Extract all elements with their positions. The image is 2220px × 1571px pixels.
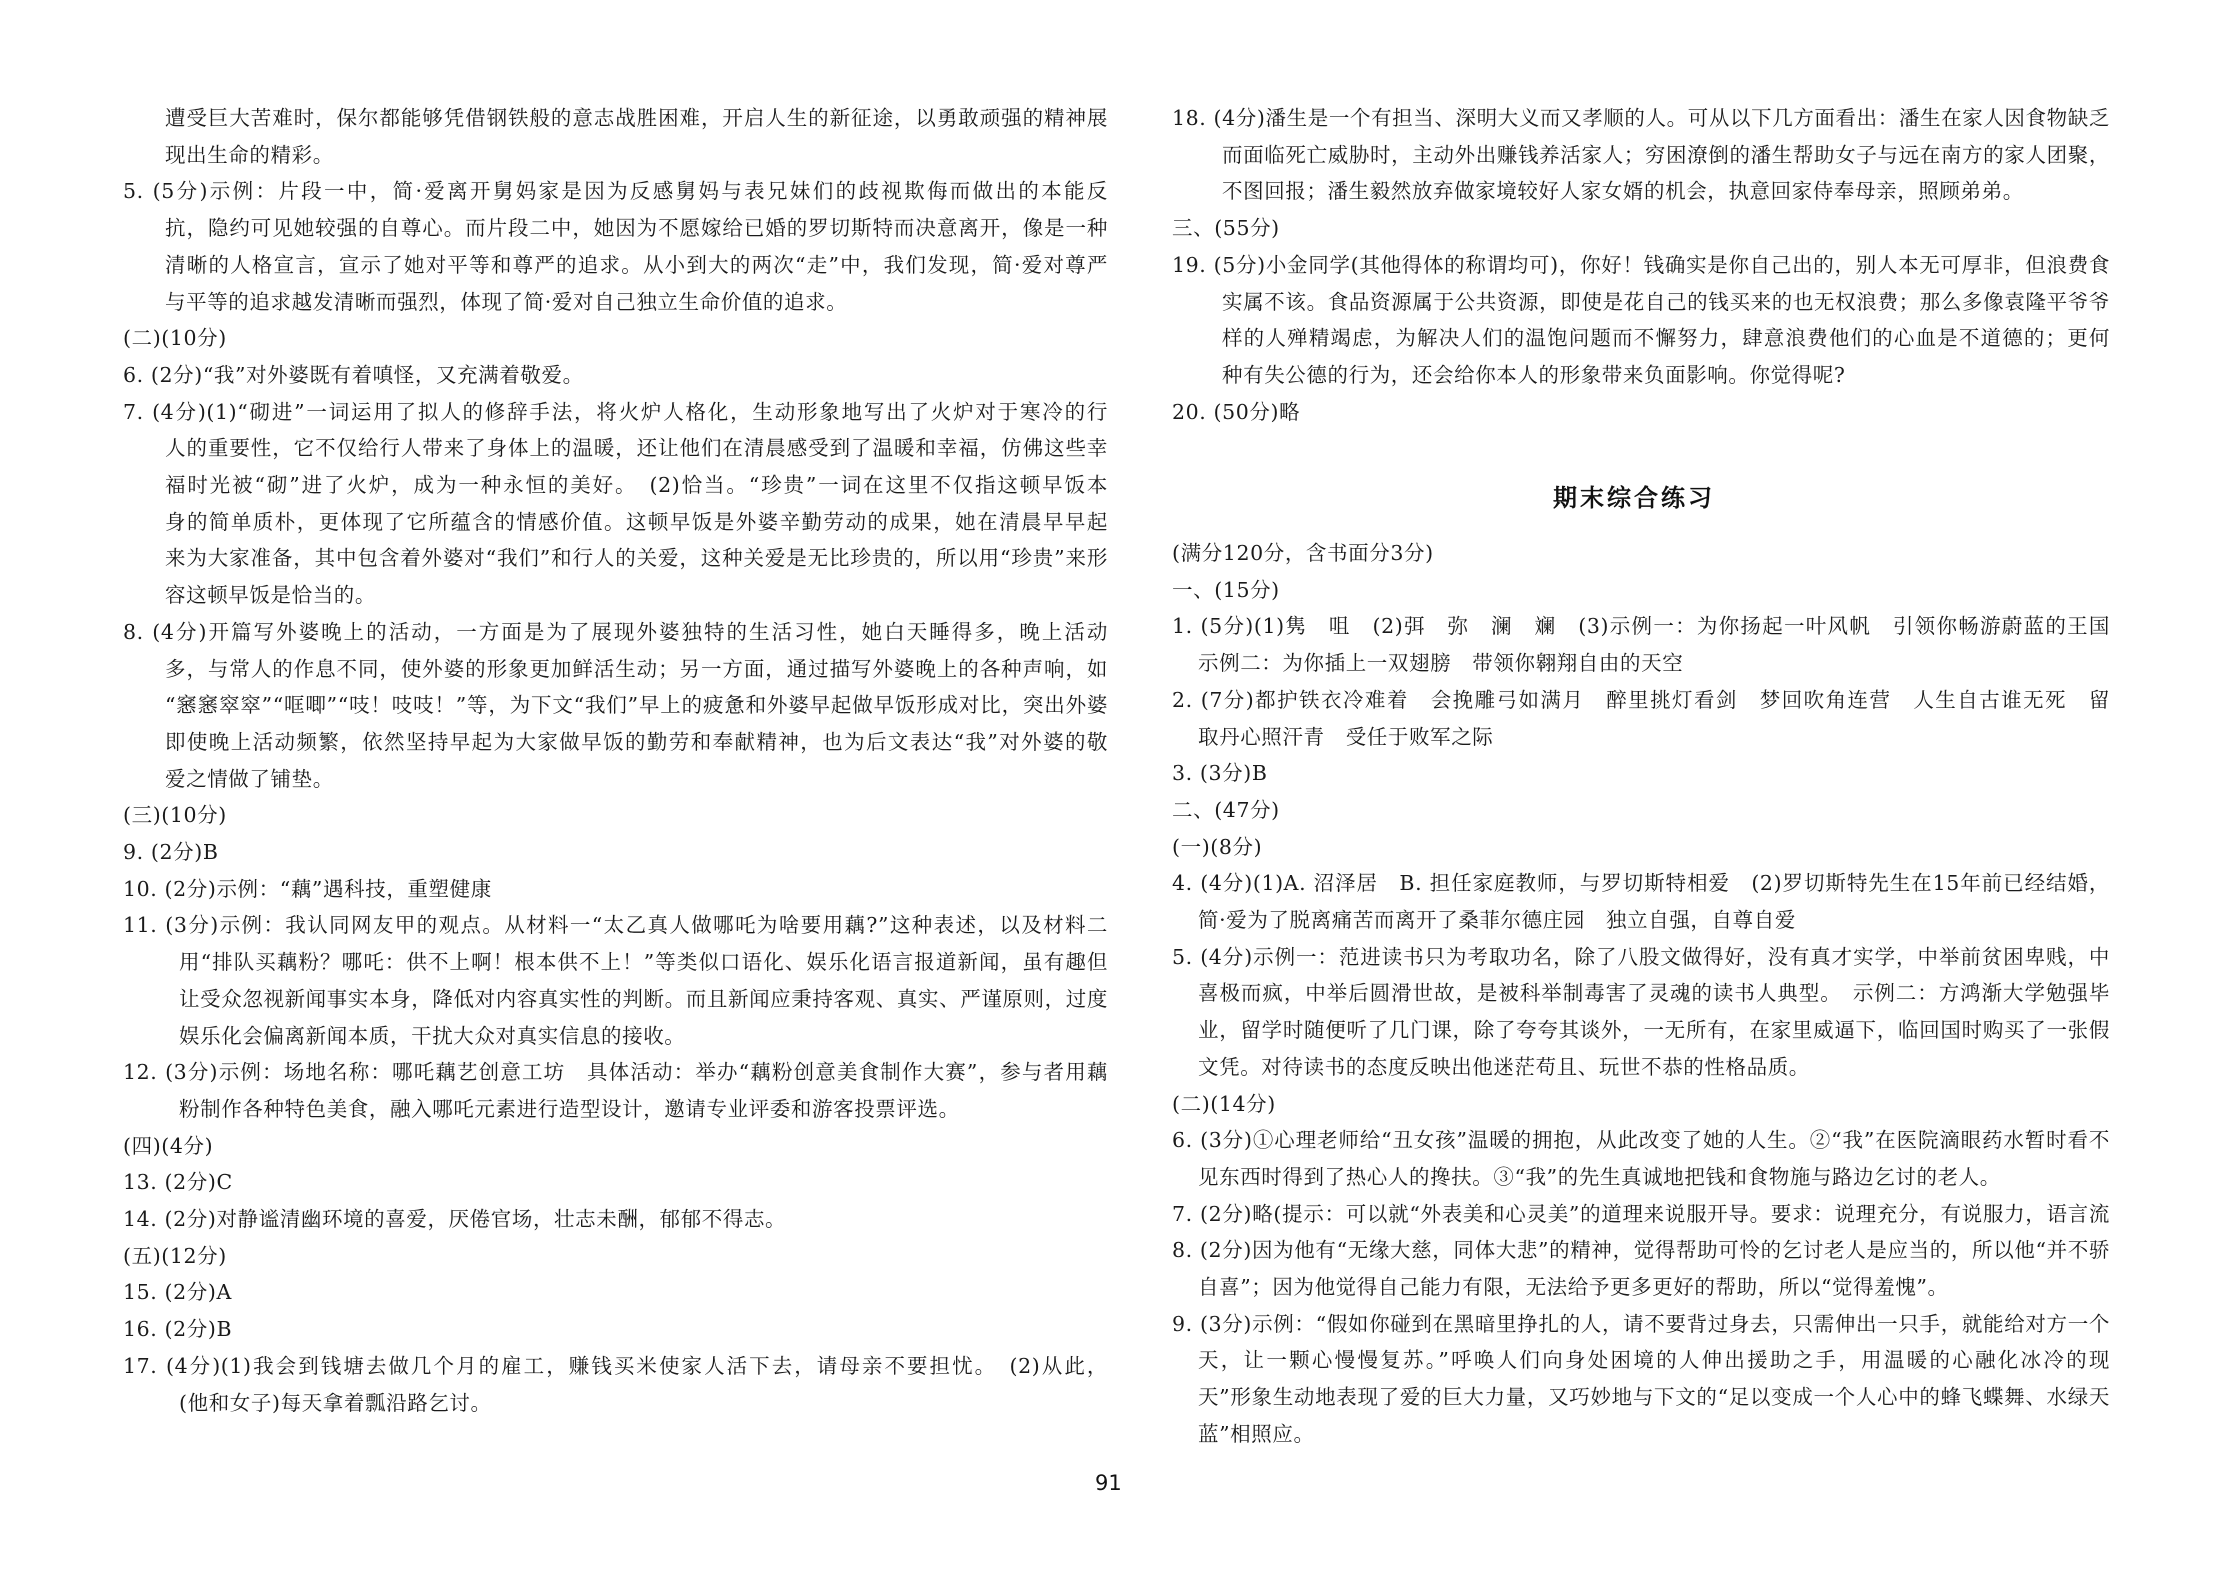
answer-line: 福时光被“砌”进了火炉，成为一种永恒的美好。 (2)恰当。“珍贵”一词在这里不仅… — [165, 467, 1108, 504]
answer-line: 20. (50分)略 — [1172, 394, 1300, 431]
answer-line: 人的重要性，它不仅给行人带来了身体上的温暖，还让他们在清晨感受到了温暖和幸福，仿… — [165, 430, 1108, 467]
answer-line: 取丹心照汗青 受任于败军之际 — [1198, 719, 1493, 756]
answer-line: (四)(4分) — [123, 1128, 213, 1165]
answer-line: 多，与常人的作息不同，使外婆的形象更加鲜活生动；另一方面，通过描写外婆晚上的各种… — [165, 651, 1108, 688]
answer-line: 三、(55分) — [1172, 210, 1280, 247]
answer-line: 示例二：为你插上一双翅膀 带领你翱翔自由的天空 — [1198, 645, 1683, 682]
answer-line: 7. (2分)略(提示：可以就“外表美和心灵美”的道理来说服开导。要求：说理充分… — [1172, 1196, 2110, 1233]
answer-line: 种有失公德的行为，还会给你本人的形象带来负面影响。你觉得呢? — [1222, 357, 1846, 394]
answer-line: (五)(12分) — [123, 1238, 227, 1275]
answer-line: 让受众忽视新闻事实本身，降低对内容真实性的判断。而且新闻应秉持客观、真实、严谨原… — [179, 981, 1108, 1018]
answer-line: 见东西时得到了热心人的搀扶。③“我”的先生真诚地把钱和食物施与路边乞讨的老人。 — [1198, 1159, 2001, 1196]
answer-line: 9. (3分)示例：“假如你碰到在黑暗里挣扎的人，请不要背过身去，只需伸出一只手… — [1172, 1306, 2110, 1343]
answer-line: 不图回报；潘生毅然放弃做家境较好人家女婿的机会，执意回家侍奉母亲，照顾弟弟。 — [1222, 173, 2024, 210]
page-number: 91 — [1095, 1471, 1122, 1495]
answer-line: 9. (2分)B — [123, 834, 218, 871]
answer-line: 爱之情做了铺垫。 — [165, 761, 334, 798]
answer-line: 粉制作各种特色美食，融入哪吒元素进行造型设计，邀请专业评委和游客投票评选。 — [179, 1091, 960, 1128]
answer-line: 13. (2分)C — [123, 1164, 233, 1201]
answer-line: 16. (2分)B — [123, 1311, 232, 1348]
answer-line: 8. (2分)因为他有“无缘大慈，同体大悲”的精神，觉得帮助可怜的乞讨老人是应当… — [1172, 1232, 2110, 1269]
answer-line: 一、(15分) — [1172, 572, 1280, 609]
answer-line: 现出生命的精彩。 — [165, 137, 334, 174]
answer-line: 娱乐化会偏离新闻本质，干扰大众对真实信息的接收。 — [179, 1018, 685, 1055]
answer-line: 5. (4分)示例一：范进读书只为考取功名，除了八股文做得好，没有真才实学，中举… — [1172, 939, 2110, 976]
answer-line: 天，让一颗心慢慢复苏。”呼唤人们向身处困境的人伸出援助之手，用温暖的心融化冰冷的… — [1198, 1342, 2110, 1379]
answer-line: 12. (3分)示例：场地名称：哪吒藕艺创意工坊 具体活动：举办“藕粉创意美食制… — [123, 1054, 1108, 1091]
answer-line: 身的简单质朴，更体现了它所蕴含的情感价值。这顿早饭是外婆辛勤劳动的成果，她在清晨… — [165, 504, 1108, 541]
answer-line: (满分120分，含书面分3分) — [1172, 535, 1434, 572]
answer-line: “窸窸窣窣”“哐唧”“吱！吱吱！”等，为下文“我们”早上的疲惫和外婆早起做早饭形… — [165, 687, 1108, 724]
answer-line: 简·爱为了脱离痛苦而离开了桑菲尔德庄园 独立自强，自尊自爱 — [1198, 902, 1796, 939]
answer-line: 3. (3分)B — [1172, 755, 1267, 792]
answer-line: (二)(14分) — [1172, 1086, 1276, 1123]
answer-line: 清晰的人格宣言，宣示了她对平等和尊严的追求。从小到大的两次“走”中，我们发现，简… — [165, 247, 1108, 284]
answer-line: 6. (2分)“我”对外婆既有着嗔怪，又充满着敬爱。 — [123, 357, 584, 394]
answer-line: 19. (5分)小金同学(其他得体的称谓均可)，你好！钱确实是你自己出的，别人本… — [1172, 247, 2110, 284]
answer-line: 抗，隐约可见她较强的自尊心。而片段二中，她因为不愿嫁给已婚的罗切斯特而决意离开，… — [165, 210, 1108, 247]
answer-line: 实属不该。食品资源属于公共资源，即使是花自己的钱买来的也无权浪费；那么多像袁隆平… — [1222, 284, 2110, 321]
answer-line: 二、(47分) — [1172, 792, 1280, 829]
answer-line: 样的人殚精竭虑，为解决人们的温饱问题而不懈努力，肆意浪费他们的心血是不道德的；更… — [1222, 320, 2110, 357]
answer-line: (二)(10分) — [123, 320, 227, 357]
answer-line: 即使晚上活动频繁，依然坚持早起为大家做早饭的勤劳和奉献精神，也为后文表达“我”对… — [165, 724, 1108, 761]
answer-line: 天”形象生动地表现了爱的巨大力量，又巧妙地与下文的“足以变成一个人心中的蜂飞蝶舞… — [1198, 1379, 2110, 1416]
answer-line: 而面临死亡威胁时，主动外出赚钱养活家人；穷困潦倒的潘生帮助女子与远在南方的家人团… — [1222, 137, 2110, 174]
answer-line: 遭受巨大苦难时，保尔都能够凭借钢铁般的意志战胜困难，开启人生的新征途，以勇敢顽强… — [165, 100, 1108, 137]
answer-line: 1. (5分)(1)隽 咀 (2)弭 弥 澜 斓 (3)示例一：为你扬起一叶风帆… — [1172, 608, 2110, 645]
answer-line: 自喜”；因为他觉得自己能力有限，无法给予更多更好的帮助，所以“觉得羞愧”。 — [1198, 1269, 1949, 1306]
answer-line: 蓝”相照应。 — [1198, 1416, 1315, 1453]
answer-line: 用“排队买藕粉？哪吒：供不上啊！根本供不上！”等类似口语化、娱乐化语言报道新闻，… — [179, 944, 1108, 981]
answer-line: 14. (2分)对静谧清幽环境的喜爱，厌倦官场，壮志未酬，郁郁不得志。 — [123, 1201, 786, 1238]
answer-line: 17. (4分)(1)我会到钱塘去做几个月的雇工，赚钱买米使家人活下去，请母亲不… — [123, 1348, 1108, 1385]
answer-line: 业，留学时随便听了几门课，除了夸夸其谈外，一无所有，在家里威逼下，临回国时购买了… — [1198, 1012, 2110, 1049]
answer-line: 7. (4分)(1)“砌进”一词运用了拟人的修辞手法，将火炉人格化，生动形象地写… — [123, 394, 1108, 431]
answer-line: 2. (7分)都护铁衣冷难着 会挽雕弓如满月 醉里挑灯看剑 梦回吹角连营 人生自… — [1172, 682, 2110, 719]
answer-line: 与平等的追求越发清晰而强烈，体现了简·爱对自己独立生命价值的追求。 — [165, 284, 847, 321]
section-title: 期末综合练习 — [1553, 478, 1715, 513]
answer-line: 15. (2分)A — [123, 1274, 232, 1311]
answer-line: 5. (5分)示例：片段一中，简·爱离开舅妈家是因为反感舅妈与表兄妹们的歧视欺侮… — [123, 173, 1108, 210]
answer-line: 11. (3分)示例：我认同网友甲的观点。从材料一“太乙真人做哪吒为啥要用藕?”… — [123, 907, 1108, 944]
answer-line: 文凭。对待读书的态度反映出他迷茫苟且、玩世不恭的性格品质。 — [1198, 1049, 1810, 1086]
answer-line: 4. (4分)(1)A. 沼泽居 B. 担任家庭教师，与罗切斯特相爱 (2)罗切… — [1172, 865, 2110, 902]
answer-line: (三)(10分) — [123, 797, 227, 834]
answer-line: 来为大家准备，其中包含着外婆对“我们”和行人的关爱，这种关爱是无比珍贵的，所以用… — [165, 540, 1108, 577]
answer-line: 喜极而疯，中举后圆滑世故，是被科举制毒害了灵魂的读书人典型。 示例二：方鸿渐大学… — [1198, 975, 2110, 1012]
answer-line: (他和女子)每天拿着瓢沿路乞讨。 — [179, 1385, 492, 1422]
answer-line: 容这顿早饭是恰当的。 — [165, 577, 376, 614]
answer-line: (一)(8分) — [1172, 829, 1262, 866]
answer-line: 18. (4分)潘生是一个有担当、深明大义而又孝顺的人。可从以下几方面看出：潘生… — [1172, 100, 2110, 137]
answer-line: 8. (4分)开篇写外婆晚上的活动，一方面是为了展现外婆独特的生活习性，她白天睡… — [123, 614, 1108, 651]
answer-line: 10. (2分)示例：“藕”遇科技，重塑健康 — [123, 871, 492, 908]
answer-line: 6. (3分)①心理老师给“丑女孩”温暖的拥抱，从此改变了她的人生。②“我”在医… — [1172, 1122, 2110, 1159]
